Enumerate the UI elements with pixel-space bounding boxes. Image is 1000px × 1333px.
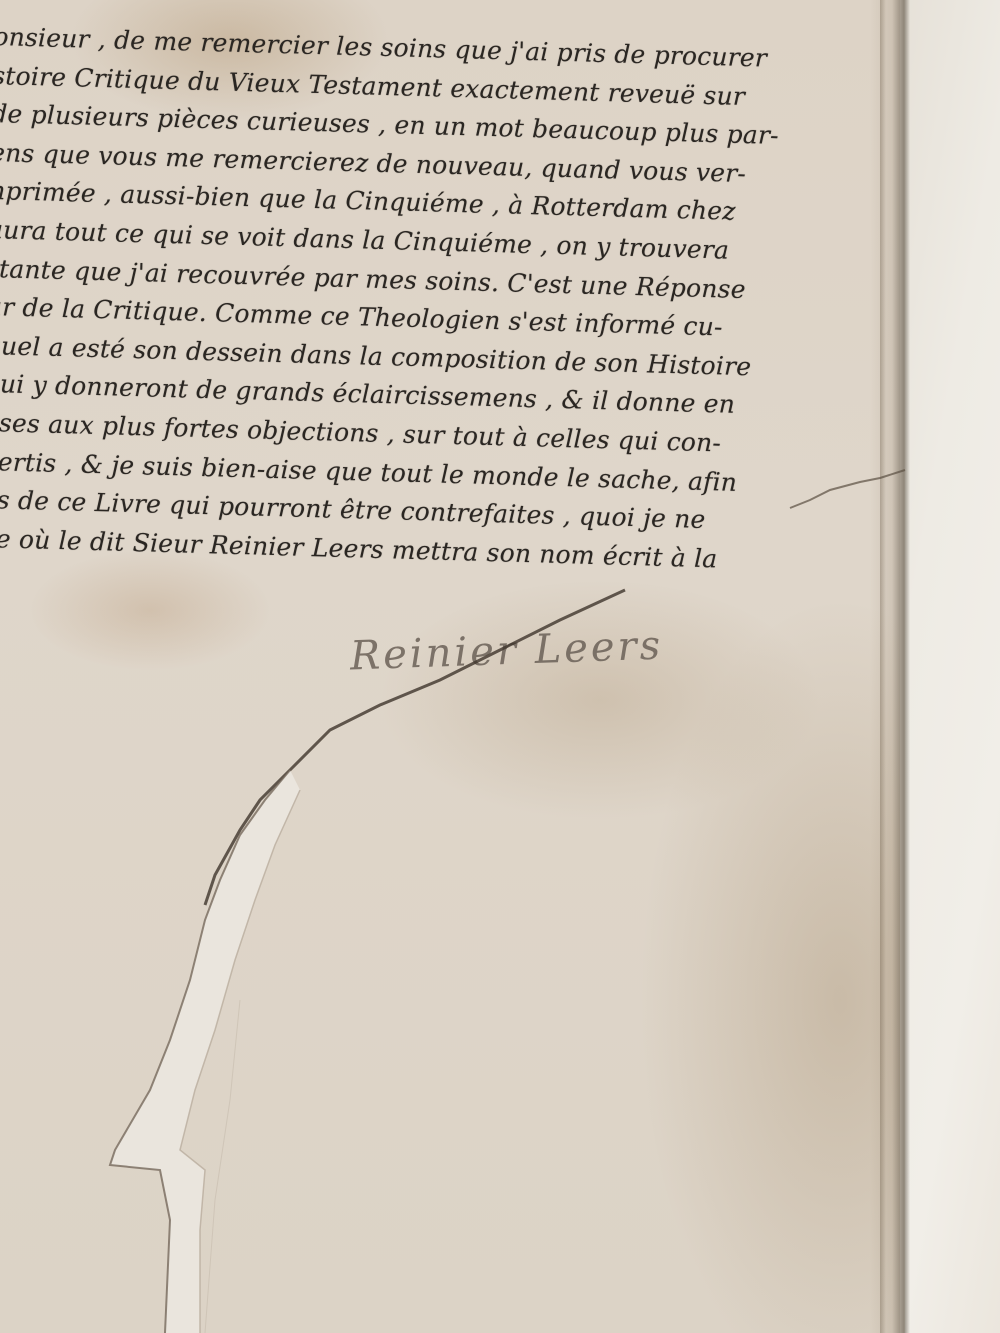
facing-page [905, 0, 1000, 1333]
gutter-shadow [870, 0, 910, 1333]
handwritten-signature: Reinier Leers [349, 623, 664, 680]
text-block: onsieur , de me remercier les soins que … [0, 18, 814, 581]
book-photo: onsieur , de me remercier les soins que … [0, 0, 1000, 1333]
printed-page: onsieur , de me remercier les soins que … [0, 0, 900, 1333]
